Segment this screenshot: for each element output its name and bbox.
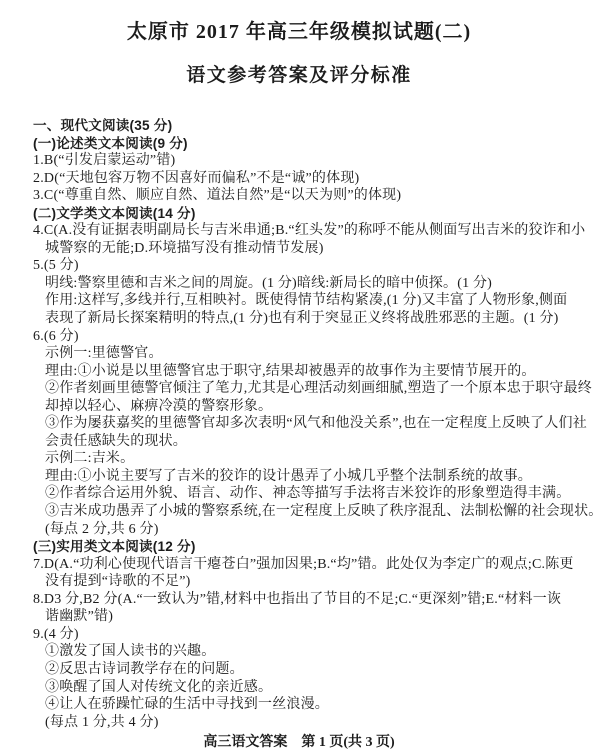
text-line: 9.(4 分) xyxy=(33,626,572,644)
text-line: (每点 2 分,共 6 分) xyxy=(33,521,572,539)
text-line: 作用:这样写,多线并行,互相映衬。既使得情节结构紧凑,(1 分)又丰富了人物形象… xyxy=(33,292,572,310)
text-line: 2.D(“天地包容万物不因喜好而偏私”不是“诚”的体现) xyxy=(33,170,572,188)
text-line: 表现了新局长探案精明的特点,(1 分)也有利于突显正义终将战胜邪恶的主题。(1 … xyxy=(33,310,572,328)
text-line: ③吉米成功愚弄了小城的警察系统,在一定程度上反映了秩序混乱、法制松懈的社会现状。 xyxy=(33,503,572,521)
text-line: 谐幽默”错) xyxy=(33,608,572,626)
text-line: 城警察的无能;D.环境描写没有推动情节发展) xyxy=(33,240,572,258)
text-line: 却掉以轻心、麻痹冷漠的警察形象。 xyxy=(33,398,572,416)
text-line: ③唤醒了国人对传统文化的亲近感。 xyxy=(33,679,572,697)
text-line: 1.B(“引发启蒙运动”错) xyxy=(33,152,572,170)
text-line: ①激发了国人读书的兴趣。 xyxy=(33,643,572,661)
text-line: 理由:①小说是以里德警官忠于职守,结果却被愚弄的故事作为主要情节展开的。 xyxy=(33,363,572,381)
text-line: ③作为屡获嘉奖的里德警官却多次表明“风气和他没关系”,也在一定程度上反映了人们社 xyxy=(33,415,572,433)
text-line: (一)论述类文本阅读(9 分) xyxy=(33,135,572,153)
text-line: 5.(5 分) xyxy=(33,257,572,275)
text-line: 一、现代文阅读(35 分) xyxy=(33,117,572,135)
text-line: ②作者刻画里德警官倾注了笔力,尤其是心理活动刻画细腻,塑造了一个原本忠于职守最终 xyxy=(33,380,572,398)
text-line: (二)文学类文本阅读(14 分) xyxy=(33,205,572,223)
document-body: 一、现代文阅读(35 分)(一)论述类文本阅读(9 分)1.B(“引发启蒙运动”… xyxy=(33,117,572,731)
text-line: 理由:①小说主要写了吉米的狡诈的设计愚弄了小城几乎整个法制系统的故事。 xyxy=(33,468,572,486)
text-line: 8.D3 分,B2 分(A.“一致认为”错,材料中也指出了节目的不足;C.“更深… xyxy=(33,591,572,609)
page-footer: 高三语文答案 第 1 页(共 3 页) xyxy=(0,731,598,751)
text-line: (每点 1 分,共 4 分) xyxy=(33,714,572,732)
text-line: 会责任感缺失的现状。 xyxy=(33,433,572,451)
text-line: 示例二:吉米。 xyxy=(33,450,572,468)
text-line: 明线:警察里德和吉米之间的周旋。(1 分)暗线:新局长的暗中侦探。(1 分) xyxy=(33,275,572,293)
text-line: ④让人在骄躁忙碌的生活中寻找到一丝浪漫。 xyxy=(33,696,572,714)
document-page: 太原市 2017 年高三年级模拟试题(二) 语文参考答案及评分标准 一、现代文阅… xyxy=(0,0,598,756)
page-subtitle: 语文参考答案及评分标准 xyxy=(0,60,598,87)
text-line: 3.C(“尊重自然、顺应自然、道法自然”是“以天为则”的体现) xyxy=(33,187,572,205)
text-line: ②反思古诗词教学存在的问题。 xyxy=(33,661,572,679)
page-title: 太原市 2017 年高三年级模拟试题(二) xyxy=(0,15,598,44)
text-line: (三)实用类文本阅读(12 分) xyxy=(33,538,572,556)
text-line: ②作者综合运用外貌、语言、动作、神态等描写手法将吉米狡诈的形象塑造得丰满。 xyxy=(33,485,572,503)
text-line: 6.(6 分) xyxy=(33,328,572,346)
text-line: 没有提到“诗歌的不足”) xyxy=(33,573,572,591)
text-line: 4.C(A.没有证据表明副局长与吉米串通;B.“红头发”的称呼不能从侧面写出吉米… xyxy=(33,222,572,240)
text-line: 示例一:里德警官。 xyxy=(33,345,572,363)
text-line: 7.D(A.“功利心使现代语言干瘪苍白”强加因果;B.“均”错。此处仅为李定广的… xyxy=(33,556,572,574)
